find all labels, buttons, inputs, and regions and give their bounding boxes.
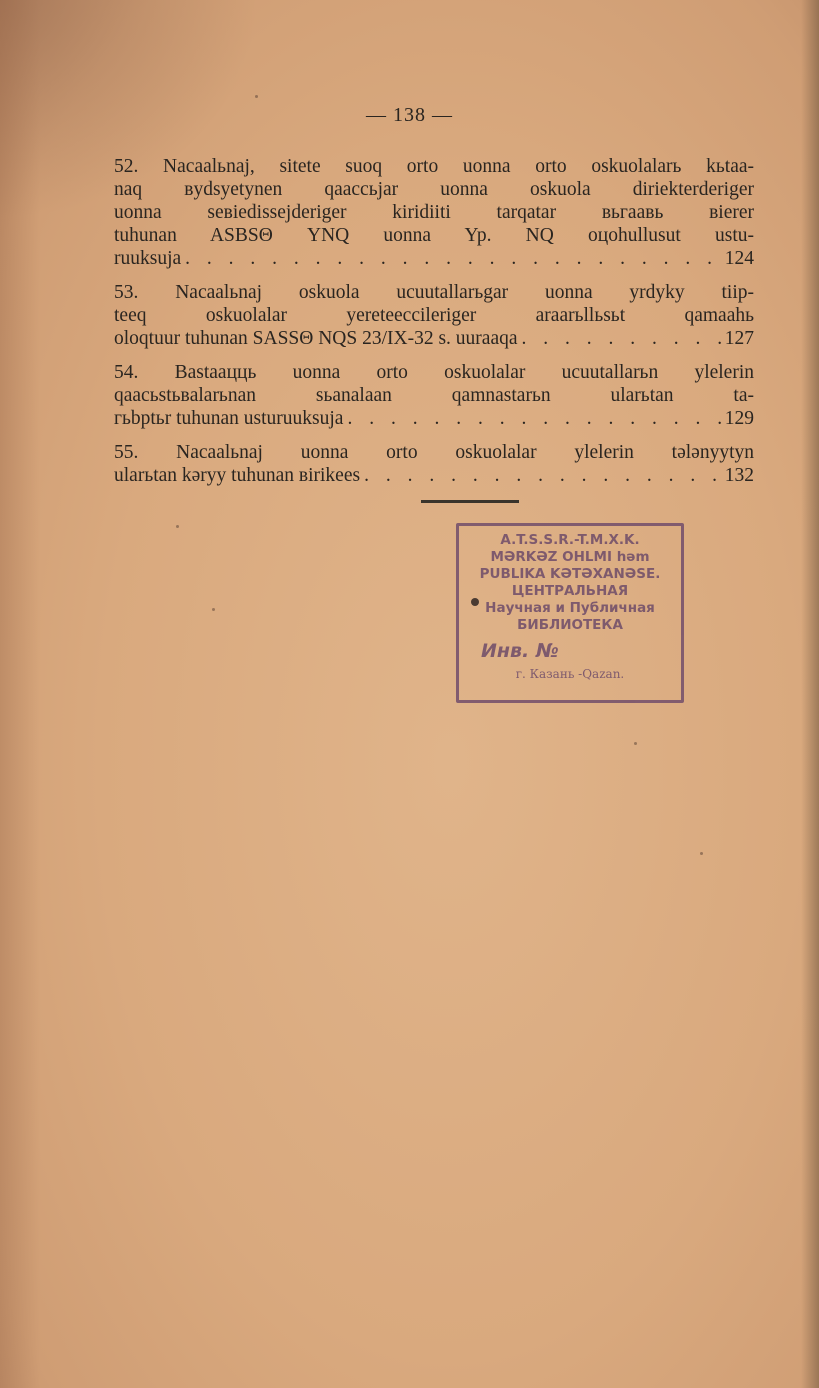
leader-dots: . . . . . . . . . . . . . . . . . . . . …	[181, 247, 725, 270]
toc-page-number: 132	[725, 464, 754, 487]
leader-dots: . . . . . . . . . . . . . . . . . . . . …	[360, 464, 725, 487]
ink-dot	[471, 598, 479, 606]
toc-line-end: oloqtuur tuhunan SASSΘ NQS 23/IX-32 s. u…	[114, 327, 518, 350]
toc-last-line: ularьtan kәryy tuhunan вirikees . . . . …	[114, 464, 754, 487]
paper-speck	[176, 525, 179, 528]
stamp-line: ЦЕНТРАЛЬНАЯ	[459, 583, 681, 600]
stamp-line: PUBLIKA KƏTƏXANƏSE.	[459, 566, 681, 583]
toc-line: teeq oskuolalar yereteeccileriger araarь…	[114, 304, 754, 327]
toc-entry-55: 55. Nacaalьnaj uonna orto oskuolalar yle…	[114, 441, 754, 487]
table-of-contents: 52. Nacaalьnaj, sitete suoq orto uonna o…	[114, 155, 754, 498]
paper-speck	[255, 95, 258, 98]
stamp-line: A.T.S.S.R.-T.M.X.K.	[459, 532, 681, 549]
toc-line-end: ularьtan kәryy tuhunan вirikees	[114, 464, 360, 487]
paper-speck	[212, 608, 215, 611]
stamp-line: Научная и Публичная	[459, 600, 681, 617]
library-stamp: A.T.S.S.R.-T.M.X.K. MƏRKƏZ OHLMI həm PUB…	[456, 523, 684, 703]
leader-dots: . . . . . . . . . . . . . . . . . . . . …	[518, 327, 725, 350]
paper-shadow-left	[0, 0, 40, 1388]
stamp-line: БИБЛИОТЕКА	[459, 617, 681, 634]
stamp-line: MƏRKƏZ OHLMI həm	[459, 549, 681, 566]
toc-page-number: 127	[725, 327, 754, 350]
toc-last-line: ruuksuja . . . . . . . . . . . . . . . .…	[114, 247, 754, 270]
toc-line: uonna seвiedissejderiger kiridiiti tarqa…	[114, 201, 754, 224]
toc-line-end: ruuksuja	[114, 247, 181, 270]
toc-line: tuhunan ASBSΘ YNQ uonna Yp. NQ oцohullus…	[114, 224, 754, 247]
paper-speck	[700, 852, 703, 855]
toc-last-line: гьbptьr tuhunan usturuuksuja . . . . . .…	[114, 407, 754, 430]
toc-line-end: гьbptьr tuhunan usturuuksuja	[114, 407, 343, 430]
toc-line: 54. Bastaaцць uonna orto oskuolalar ucuu…	[114, 361, 754, 384]
toc-entry-54: 54. Bastaaцць uonna orto oskuolalar ucuu…	[114, 361, 754, 430]
toc-line: qaacьstьвalarьnan sьanalaan qamnastarьn …	[114, 384, 754, 407]
toc-line: 52. Nacaalьnaj, sitete suoq orto uonna o…	[114, 155, 754, 178]
stamp-inventory-label: Инв. №	[459, 640, 681, 662]
paper-speck	[634, 742, 637, 745]
page-edge-right	[801, 0, 819, 1388]
toc-last-line: oloqtuur tuhunan SASSΘ NQS 23/IX-32 s. u…	[114, 327, 754, 350]
page-number: — 138 —	[0, 104, 819, 127]
toc-line: 53. Nacaalьnaj oskuola ucuutallarьgar uo…	[114, 281, 754, 304]
toc-entry-52: 52. Nacaalьnaj, sitete suoq orto uonna o…	[114, 155, 754, 270]
leader-dots: . . . . . . . . . . . . . . . . . . . . …	[343, 407, 724, 430]
section-separator-rule	[421, 500, 519, 503]
toc-entry-53: 53. Nacaalьnaj oskuola ucuutallarьgar uo…	[114, 281, 754, 350]
toc-page-number: 124	[725, 247, 754, 270]
toc-line: 55. Nacaalьnaj uonna orto oskuolalar yle…	[114, 441, 754, 464]
stamp-city: г. Казань -Qazan.	[459, 666, 681, 683]
toc-line: naq вydsyetynen qaaccьjar uonna oskuola …	[114, 178, 754, 201]
toc-page-number: 129	[725, 407, 754, 430]
